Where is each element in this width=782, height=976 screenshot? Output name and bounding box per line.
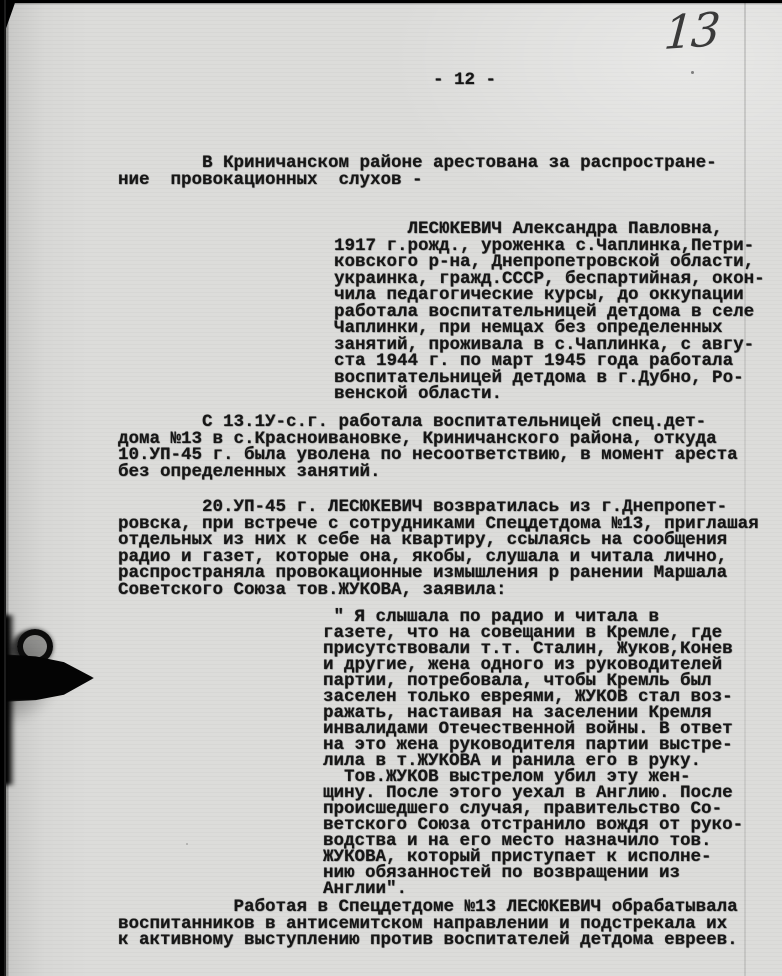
scanned-document-page: 13 - 12 - В Криничанском районе арестова… bbox=[0, 0, 782, 976]
paper-speck bbox=[186, 843, 188, 845]
quoted-statement-block: " Я слышала по радио и читала в газете, … bbox=[323, 609, 743, 897]
scan-edge-left bbox=[0, 0, 9, 976]
page-number: - 12 - bbox=[433, 72, 496, 89]
return-paragraph: 20.УП-45 г. ЛЕСЮКЕВИЧ возвратилась из г.… bbox=[118, 499, 759, 598]
service-paragraph: С 13.1У-с.г. работала воспитательницей с… bbox=[118, 414, 738, 480]
closing-paragraph: Работая в Спецдетдоме №13 ЛЕСЮКЕВИЧ обра… bbox=[118, 899, 738, 949]
handwritten-sheet-number: 13 bbox=[662, 2, 720, 60]
scan-edge-top bbox=[0, 0, 782, 5]
paper-speck bbox=[691, 71, 694, 74]
subject-bio-block: ЛЕСЮКЕВИЧ Александра Павловна, 1917 г.ро… bbox=[334, 221, 765, 403]
paper-fold-line bbox=[744, 0, 746, 976]
intro-paragraph: В Криничанском районе арестована за расп… bbox=[118, 155, 717, 188]
